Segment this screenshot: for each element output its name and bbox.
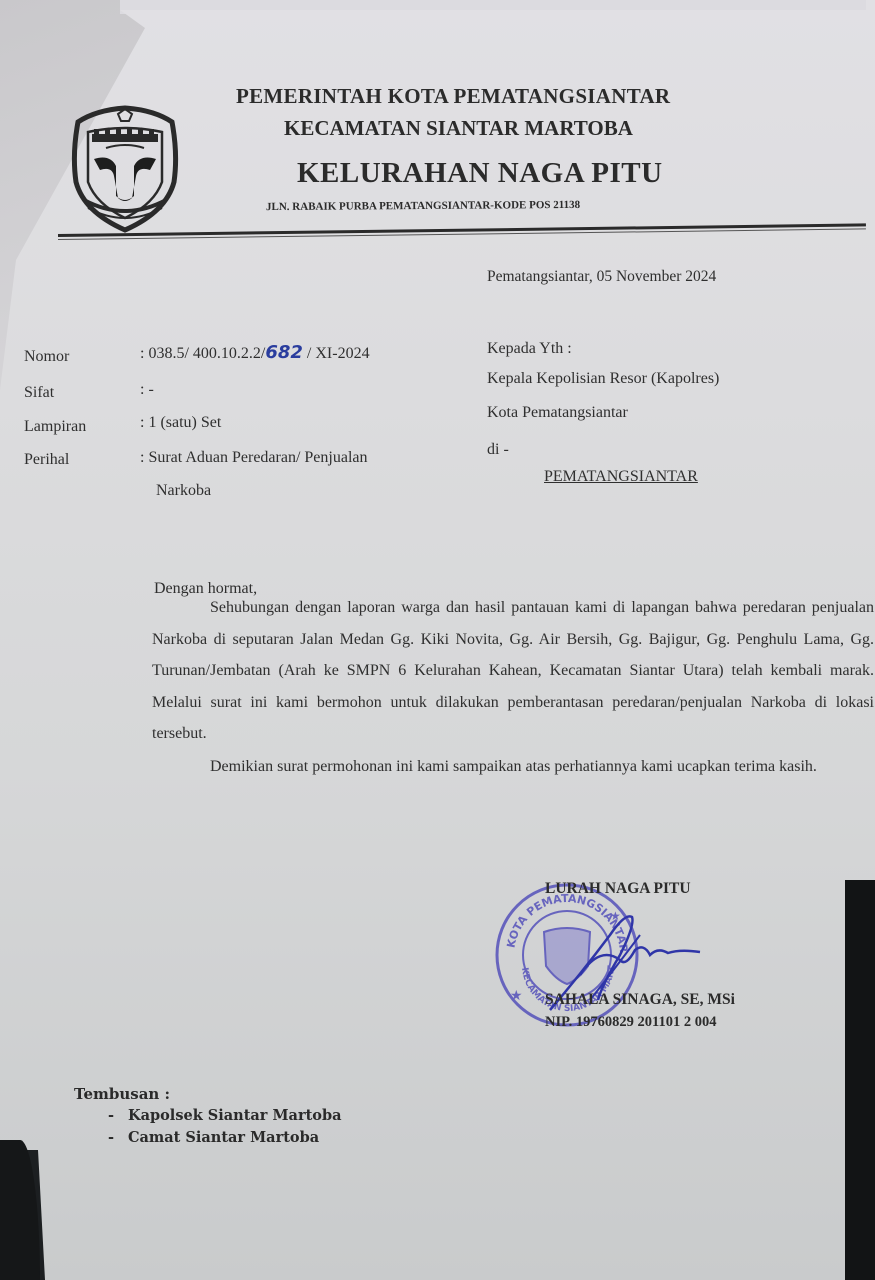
letterhead-address: JLN. RABAIK PURBA PEMATANGSIANTAR-KODE P…	[266, 199, 580, 213]
signatory-title: LURAH NAGA PITU	[545, 880, 691, 898]
cc-item: -Kapolsek Siantar Martoba	[108, 1107, 342, 1124]
coat-of-arms-icon	[66, 104, 184, 234]
signatory-nip: NIP. 19760829 201101 2 004	[545, 1014, 716, 1031]
meta-label-nomor: Nomor	[24, 348, 69, 366]
recipient-title: Kepala Kepolisian Resor (Kapolres)	[487, 370, 719, 388]
paragraph-2-text: Demikian surat permohonan ini kami sampa…	[152, 751, 874, 783]
letterhead-district: KECAMATAN SIANTAR MARTOBA	[284, 116, 633, 141]
svg-text:★: ★	[510, 989, 523, 1004]
recipient-di: di -	[487, 441, 509, 459]
body-paragraph-2: Demikian surat permohonan ini kami sampa…	[152, 751, 874, 783]
letter-number-prefix: : 038.5/ 400.10.2.2/	[140, 345, 265, 362]
meta-value-sifat: : -	[140, 381, 154, 399]
letter-number-handwritten: 682	[265, 342, 303, 363]
cc-title: Tembusan :	[74, 1085, 170, 1103]
signatory-name: SAHALA SINAGA, SE, MSi	[545, 991, 735, 1009]
recipient-greeting: Kepada Yth :	[487, 340, 572, 358]
meta-label-sifat: Sifat	[24, 384, 54, 402]
meta-value-nomor: : 038.5/ 400.10.2.2/682 / XI-2024	[140, 342, 370, 363]
letterhead-government: PEMERINTAH KOTA PEMATANGSIANTAR	[236, 84, 670, 109]
meta-value-perihal: : Surat Aduan Peredaran/ Penjualan	[140, 449, 368, 467]
meta-label-perihal: Perihal	[24, 451, 69, 469]
recipient-city: PEMATANGSIANTAR	[544, 468, 698, 486]
meta-label-lampiran: Lampiran	[24, 418, 86, 436]
letter-date: Pematangsiantar, 05 November 2024	[487, 268, 716, 286]
letter-number-suffix: / XI-2024	[303, 345, 370, 362]
letterhead-village: KELURAHAN NAGA PITU	[297, 157, 663, 190]
body-paragraph-1: Sehubungan dengan laporan warga dan hasi…	[152, 592, 874, 750]
recipient-city-line: Kota Pematangsiantar	[487, 404, 628, 422]
cc-item-text: Camat Siantar Martoba	[128, 1129, 319, 1146]
cc-item: -Camat Siantar Martoba	[108, 1129, 319, 1146]
cc-item-text: Kapolsek Siantar Martoba	[128, 1107, 342, 1124]
meta-value-lampiran: : 1 (satu) Set	[140, 414, 221, 432]
paragraph-1-text: Sehubungan dengan laporan warga dan hasi…	[152, 592, 874, 750]
meta-value-perihal-line2: Narkoba	[156, 482, 211, 500]
letter: PEMERINTAH KOTA PEMATANGSIANTAR KECAMATA…	[0, 0, 875, 1280]
